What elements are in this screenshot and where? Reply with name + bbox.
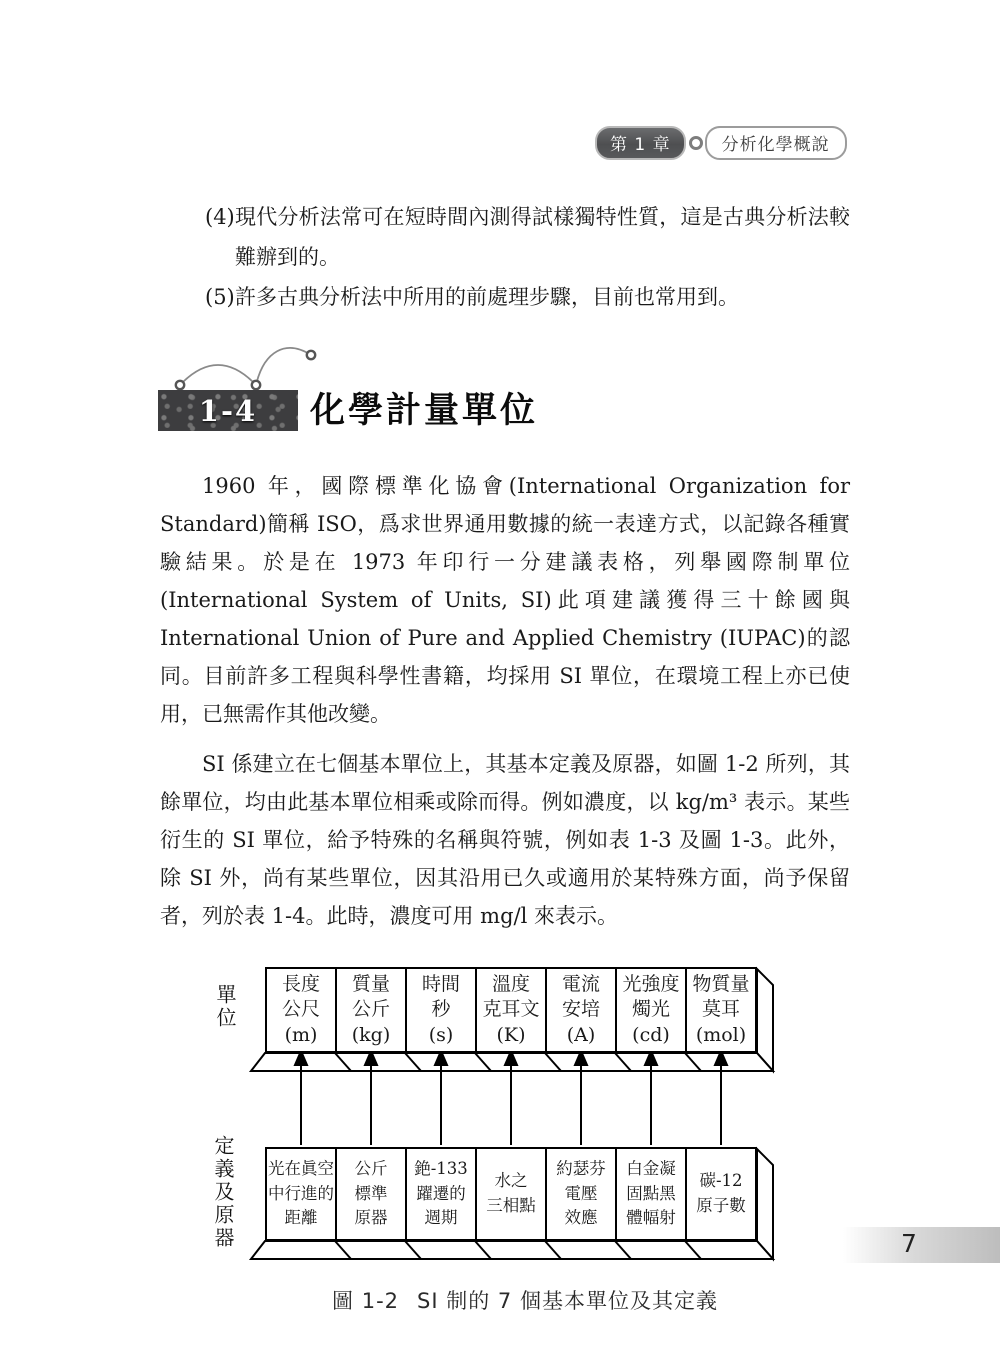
- figure-caption: 圖 1-2SI 制的 7 個基本單位及其定義: [175, 1285, 875, 1315]
- definition-box-length: 光在眞空 中行進的 距離: [265, 1147, 337, 1241]
- list-marker: (5): [205, 277, 235, 317]
- definition-box-current: 約瑟芬 電壓 效應: [545, 1147, 617, 1241]
- unit-quantity: 長度: [282, 972, 320, 997]
- unit-box-temperature: 溫度 克耳文 (K): [475, 967, 547, 1053]
- definition-box-time: 銫-133 躍遷的 週期: [405, 1147, 477, 1241]
- figure-caption-label: 圖 1-2: [332, 1289, 399, 1313]
- chapter-number-badge: 第 1 章: [595, 126, 686, 160]
- definition-text: 水之 三相點: [486, 1169, 536, 1219]
- unit-quantity: 光強度: [622, 972, 679, 997]
- list-item-5: (5) 許多古典分析法中所用的前處理步驟，目前也常用到。: [205, 277, 850, 317]
- list-marker: (4): [205, 197, 235, 237]
- figure-si-base-units: 單位 定義及原器 長度 公尺 (m) 質量 公斤 (kg) 時間 秒 (s) 溫…: [175, 957, 875, 1271]
- chapter-header: 第 1 章 分析化學概說: [595, 126, 847, 160]
- unit-name: 秒: [431, 997, 450, 1022]
- unit-symbol: (mol): [696, 1023, 746, 1048]
- definition-box-luminous-intensity: 白金凝 固點黑 體幅射: [615, 1147, 687, 1241]
- unit-box-current: 電流 安培 (A): [545, 967, 617, 1053]
- list-text: 現代分析法常可在短時間內測得試樣獨特性質，這是古典分析法較難辦到的。: [235, 205, 850, 269]
- page-number-bar: 7: [843, 1227, 1000, 1263]
- unit-box-amount-of-substance: 物質量 莫耳 (mol): [685, 967, 757, 1053]
- definition-box-mass: 公斤 標準 原器: [335, 1147, 407, 1241]
- unit-name: 公尺: [282, 997, 320, 1022]
- unit-quantity: 電流: [562, 972, 600, 997]
- connector-dot-icon: [689, 136, 703, 150]
- definition-text: 公斤 標準 原器: [355, 1157, 388, 1231]
- row-label-definitions: 定義及原器: [209, 1135, 238, 1250]
- definition-text: 光在眞空 中行進的 距離: [268, 1157, 334, 1231]
- definition-box-amount-of-substance: 碳-12 原子數: [685, 1147, 757, 1241]
- unit-symbol: (kg): [352, 1023, 391, 1048]
- unit-symbol: (cd): [632, 1023, 670, 1048]
- unit-box-time: 時間 秒 (s): [405, 967, 477, 1053]
- list-item-4: (4) 現代分析法常可在短時間內測得試樣獨特性質，這是古典分析法較難辦到的。: [205, 197, 850, 277]
- figure-caption-text: SI 制的 7 個基本單位及其定義: [417, 1289, 718, 1313]
- unit-quantity: 物質量: [692, 972, 749, 997]
- unit-symbol: (m): [285, 1023, 318, 1048]
- unit-name: 莫耳: [702, 997, 740, 1022]
- content-column: (4) 現代分析法常可在短時間內測得試樣獨特性質，這是古典分析法較難辦到的。 (…: [160, 0, 850, 1315]
- unit-name: 公斤: [352, 997, 390, 1022]
- unit-symbol: (s): [429, 1023, 454, 1048]
- unit-symbol: (A): [567, 1023, 596, 1048]
- definition-text: 約瑟芬 電壓 效應: [556, 1157, 606, 1231]
- section-header: 1-4 化學計量單位: [160, 345, 850, 437]
- paragraph: SI 係建立在七個基本單位上，其基本定義及原器，如圖 1-2 所列，其餘單位，均…: [160, 745, 850, 935]
- unit-name: 克耳文: [482, 997, 539, 1022]
- unit-quantity: 時間: [422, 972, 460, 997]
- unit-box-length: 長度 公尺 (m): [265, 967, 337, 1053]
- unit-name: 安培: [562, 997, 600, 1022]
- definition-text: 白金凝 固點黑 體幅射: [626, 1157, 676, 1231]
- unit-symbol: (K): [496, 1023, 525, 1048]
- paragraph: 1960 年，國際標準化協會(International Organizatio…: [160, 467, 850, 733]
- unit-quantity: 溫度: [492, 972, 530, 997]
- definition-box-temperature: 水之 三相點: [475, 1147, 547, 1241]
- definition-text: 銫-133 躍遷的 週期: [414, 1157, 468, 1231]
- chapter-title-badge: 分析化學概說: [705, 126, 847, 160]
- unit-box-mass: 質量 公斤 (kg): [335, 967, 407, 1053]
- unit-quantity: 質量: [352, 972, 390, 997]
- book-page: 第 1 章 分析化學概說 (4) 現代分析法常可在短時間內測得試樣獨特性質，這是…: [0, 0, 1000, 1353]
- row-label-units: 單位: [211, 984, 240, 1030]
- list-text: 許多古典分析法中所用的前處理步驟，目前也常用到。: [235, 285, 739, 309]
- section-title: 化學計量單位: [310, 383, 538, 433]
- section-number-badge: 1-4: [158, 390, 298, 431]
- unit-box-luminous-intensity: 光強度 燭光 (cd): [615, 967, 687, 1053]
- definition-text: 碳-12 原子數: [696, 1169, 746, 1219]
- unit-name: 燭光: [632, 997, 670, 1022]
- page-number: 7: [901, 1229, 917, 1258]
